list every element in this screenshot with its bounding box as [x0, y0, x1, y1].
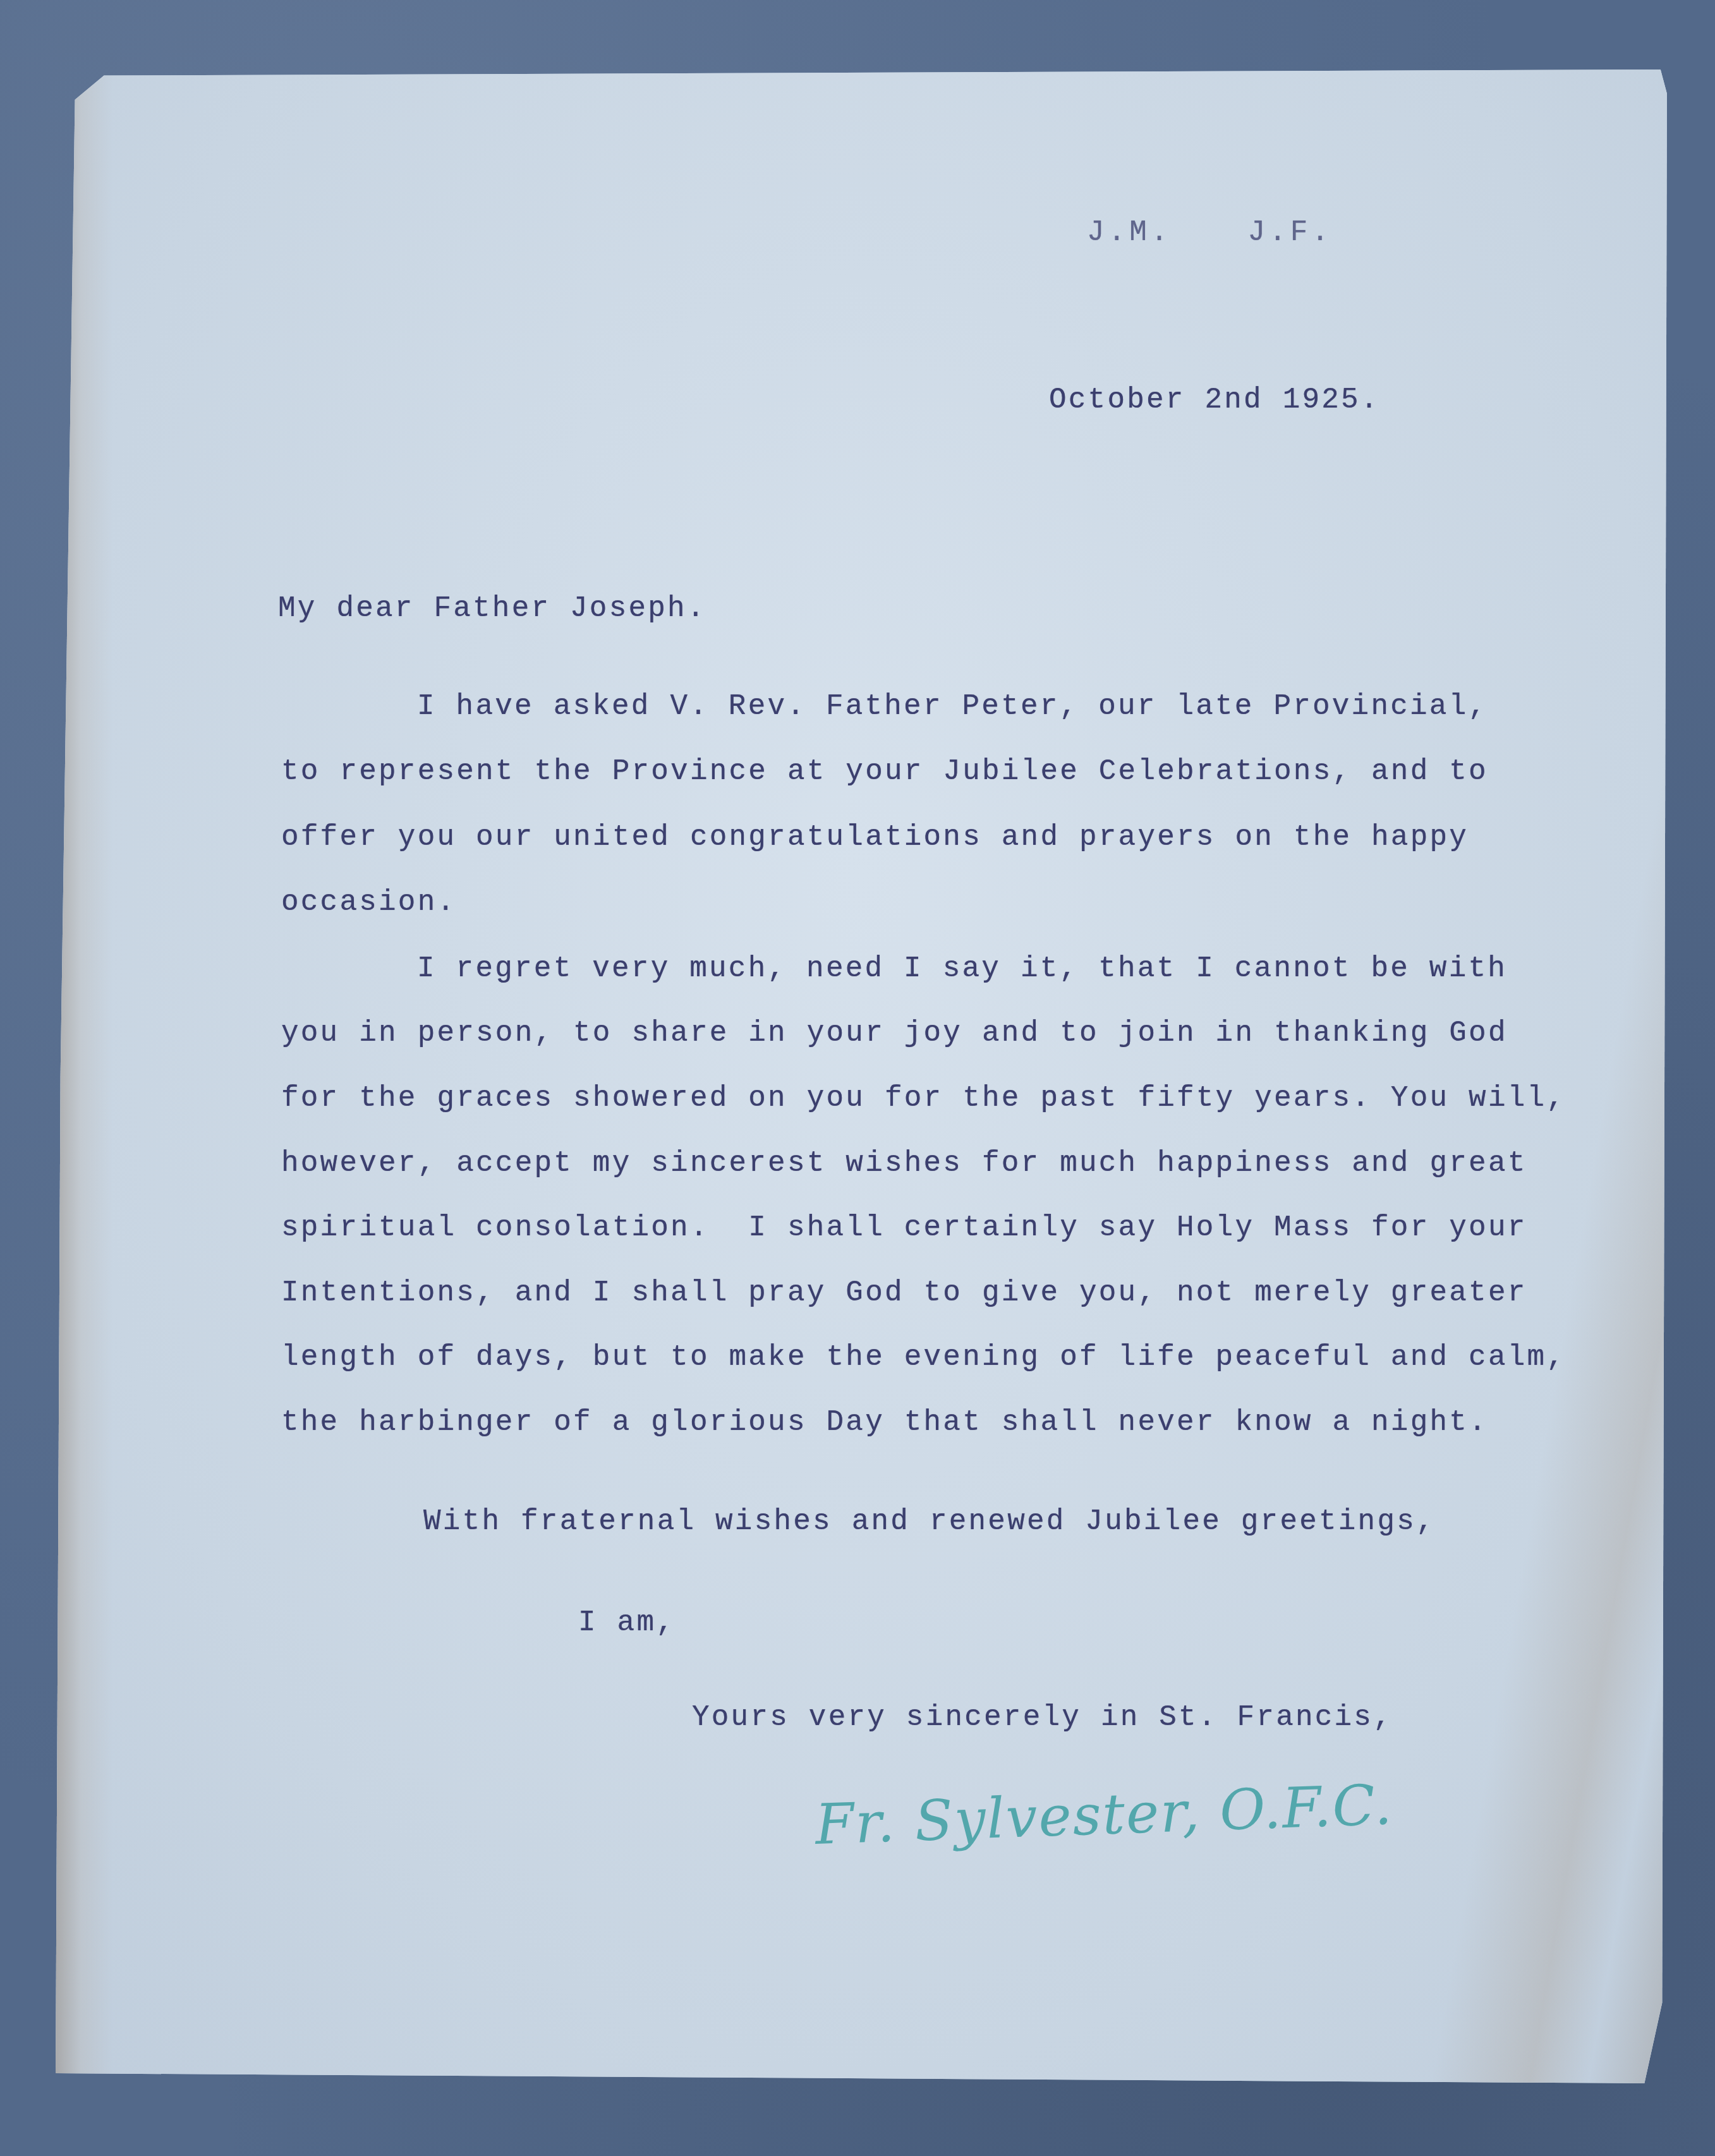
- header-initials: J.M.J.F.: [1087, 218, 1333, 247]
- closing-valediction: Yours very sincerely in St. Francis,: [692, 1703, 1393, 1732]
- letter-date: October 2nd 1925.: [1049, 385, 1380, 415]
- body-line: I have asked V. Rev. Father Peter, our l…: [417, 692, 1488, 721]
- initials-left: J.M.: [1087, 216, 1172, 249]
- body-line: you in person, to share in your joy and …: [281, 1019, 1508, 1048]
- body-line: to represent the Province at your Jubile…: [281, 757, 1488, 786]
- body-line: I regret very much, need I say it, that …: [417, 954, 1507, 983]
- body-line: Intentions, and I shall pray God to give…: [281, 1278, 1527, 1307]
- body-line: however, accept my sincerest wishes for …: [281, 1149, 1527, 1178]
- closing-wishes: With fraternal wishes and renewed Jubile…: [423, 1507, 1436, 1536]
- body-line: length of days, but to make the evening …: [281, 1343, 1566, 1372]
- body-line: the harbinger of a glorious Day that sha…: [281, 1408, 1488, 1437]
- initials-right: J.F.: [1247, 216, 1332, 249]
- body-line: spiritual consolation. I shall certainly…: [281, 1213, 1527, 1242]
- body-line: for the graces showered on you for the p…: [281, 1084, 1566, 1113]
- closing-i-am: I am,: [578, 1608, 676, 1637]
- body-line: occasion.: [281, 888, 456, 917]
- salutation: My dear Father Joseph.: [278, 594, 706, 623]
- body-line: offer you our united congratulations and…: [281, 823, 1469, 852]
- letter-sheet: [56, 70, 1667, 2083]
